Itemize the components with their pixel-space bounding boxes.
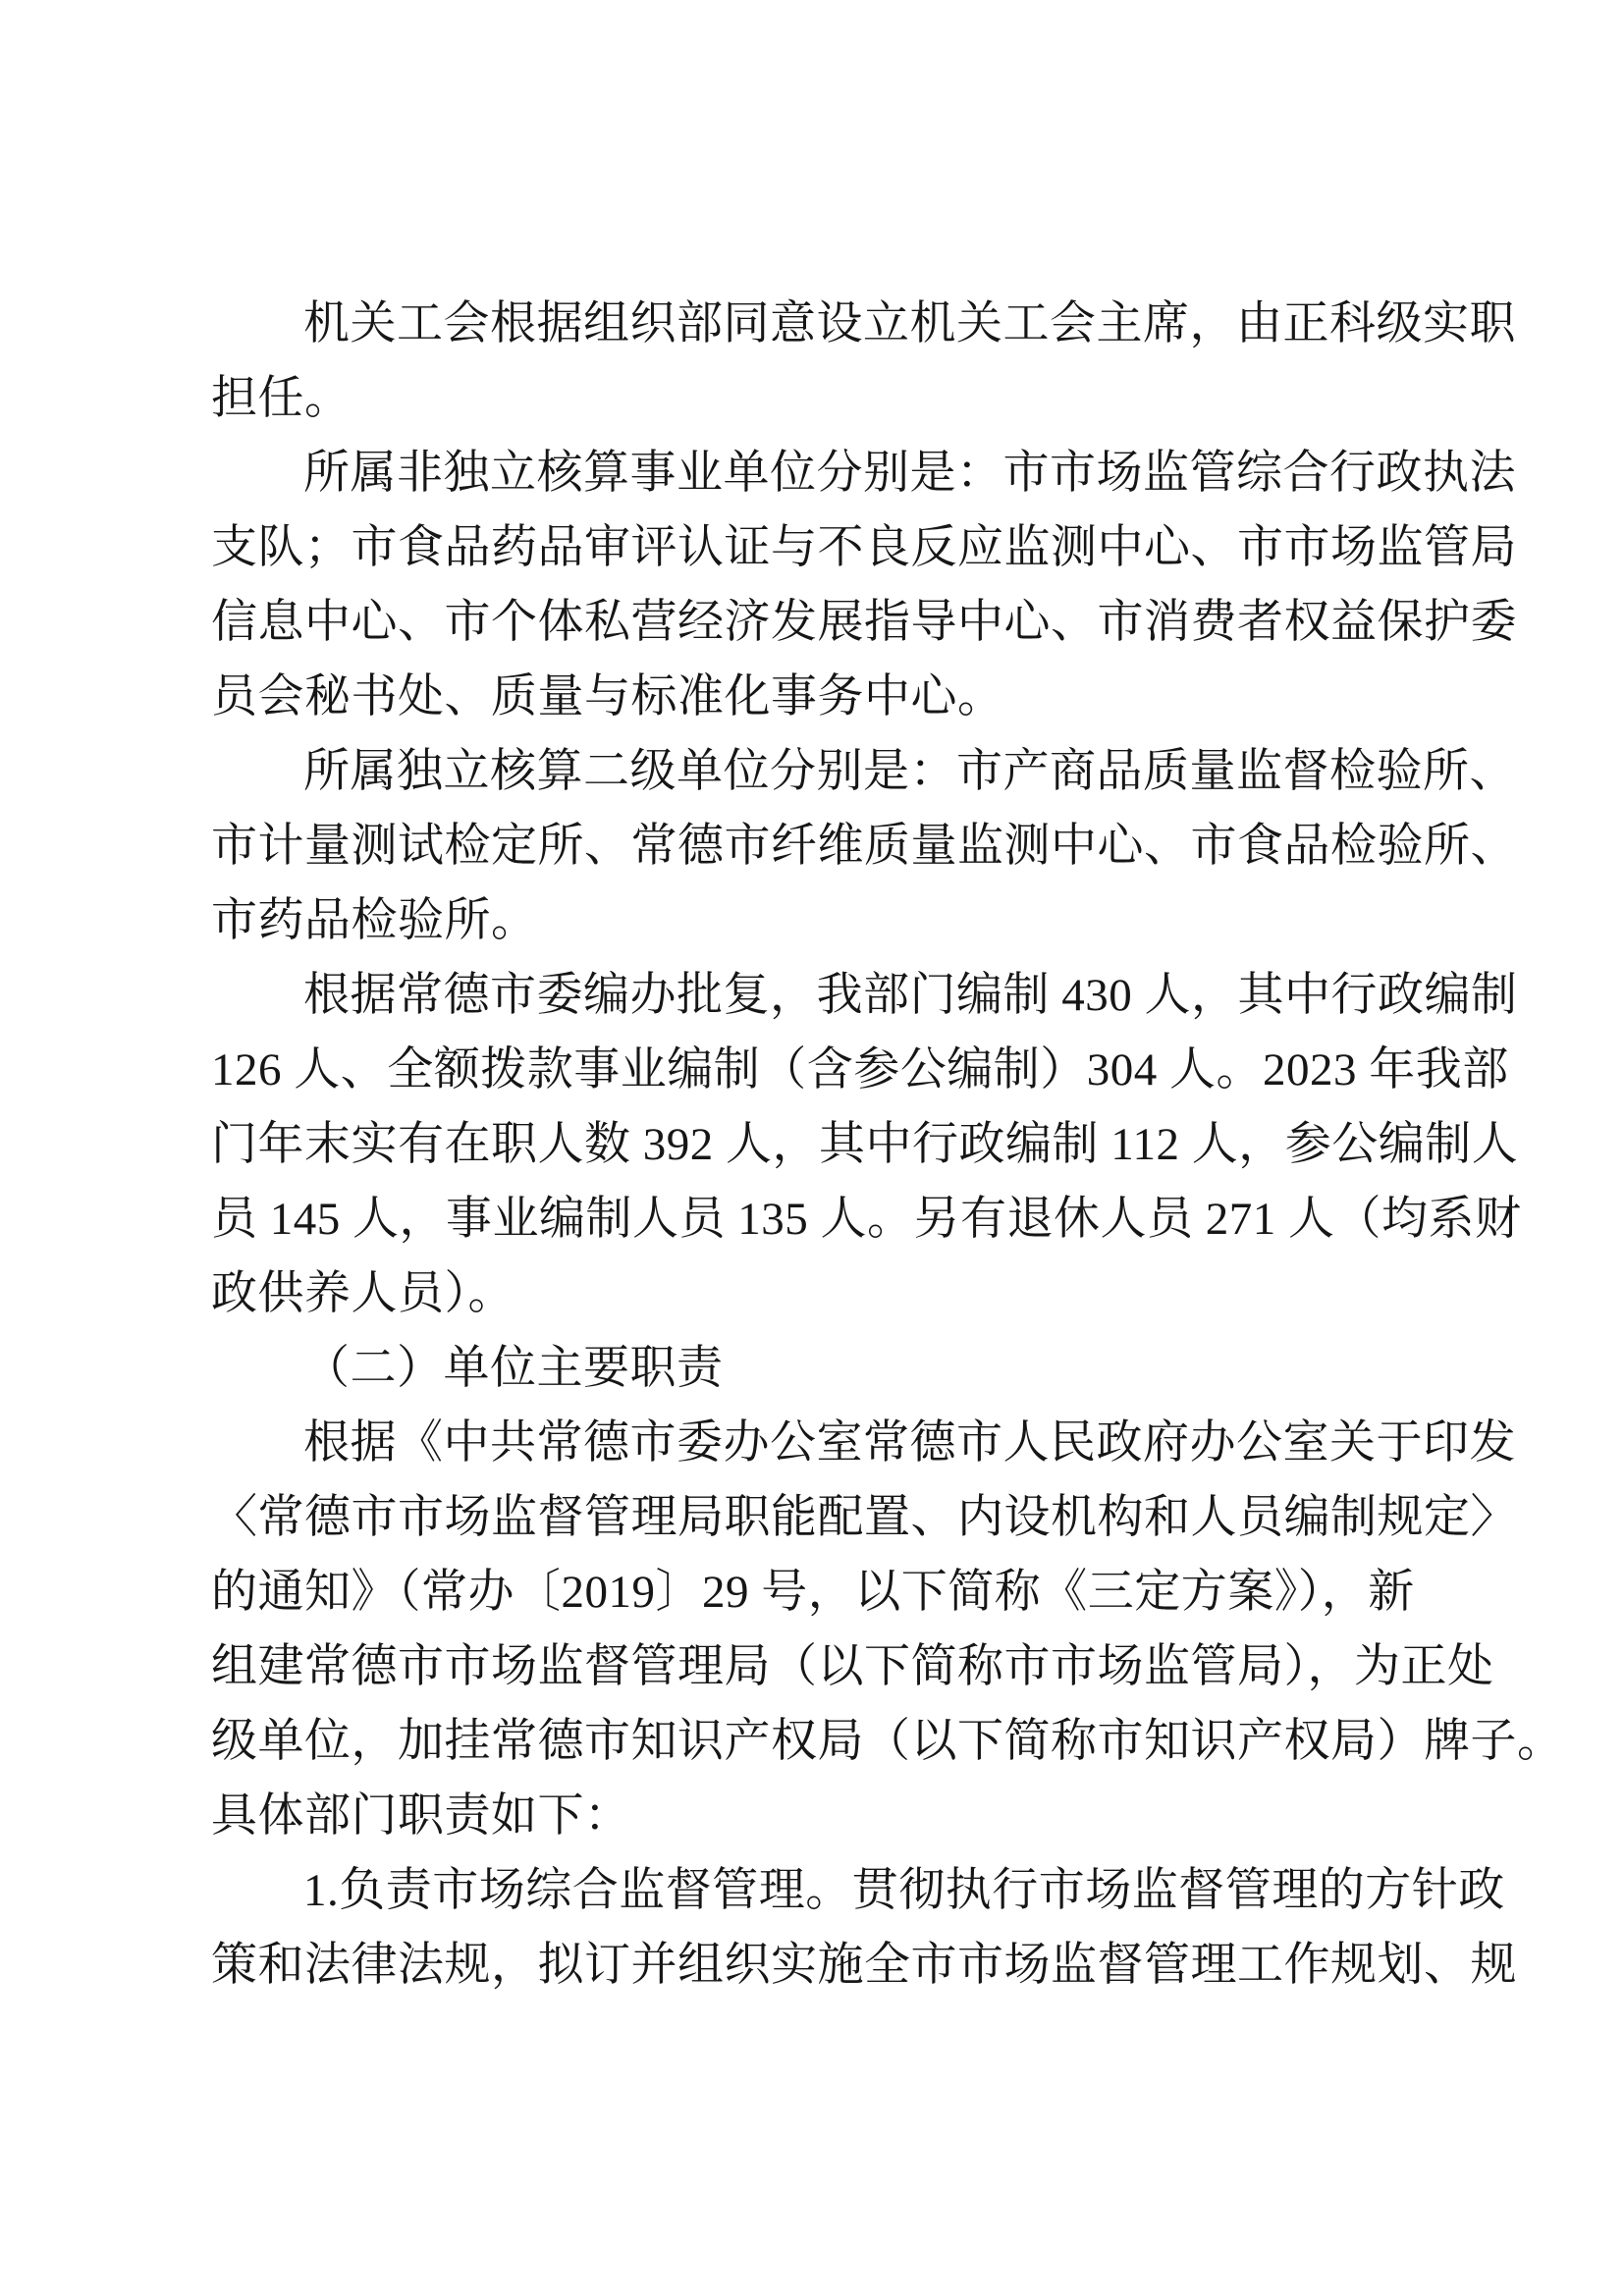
text-line: 的通知》（常办〔2019〕29 号，以下简称《三定方案》），新 bbox=[211, 1555, 1506, 1629]
text-line: 具体部门职责如下： bbox=[211, 1779, 1506, 1853]
text-line: 员会秘书处、质量与标准化事务中心。 bbox=[211, 660, 1506, 734]
text-line: 门年末实有在职人数 392 人，其中行政编制 112 人，参公编制人 bbox=[211, 1107, 1506, 1182]
text-line: 员 145 人，事业编制人员 135 人。另有退休人员 271 人（均系财 bbox=[211, 1182, 1506, 1256]
text-line: 所属非独立核算事业单位分别是：市市场监管综合行政执法 bbox=[211, 436, 1506, 510]
section-heading: （二）单位主要职责 bbox=[211, 1331, 1506, 1406]
text-line: 根据常德市委编办批复，我部门编制 430 人，其中行政编制 bbox=[211, 958, 1506, 1033]
text-line: 组建常德市市场监督管理局（以下简称市市场监管局），为正处 bbox=[211, 1629, 1506, 1704]
text-line: 政供养人员）。 bbox=[211, 1256, 1506, 1331]
text-line: 信息中心、市个体私营经济发展指导中心、市消费者权益保护委 bbox=[211, 585, 1506, 660]
text-line: 市计量测试检定所、常德市纤维质量监测中心、市食品检验所、 bbox=[211, 809, 1506, 883]
text-line: 根据《中共常德市委办公室常德市人民政府办公室关于印发 bbox=[211, 1406, 1506, 1480]
text-line: 〈常德市市场监督管理局职能配置、内设机构和人员编制规定〉 bbox=[211, 1480, 1506, 1555]
document-body: 机关工会根据组织部同意设立机关工会主席，由正科级实职担任。所属非独立核算事业单位… bbox=[211, 287, 1506, 2002]
text-line: 126 人、全额拨款事业编制（含参公编制）304 人。2023 年我部 bbox=[211, 1033, 1506, 1107]
text-line: 担任。 bbox=[211, 361, 1506, 436]
text-line: 1.负责市场综合监督管理。贯彻执行市场监督管理的方针政 bbox=[211, 1853, 1506, 1928]
document-page: 机关工会根据组织部同意设立机关工会主席，由正科级实职担任。所属非独立核算事业单位… bbox=[0, 0, 1624, 2296]
text-line: 市药品检验所。 bbox=[211, 883, 1506, 958]
text-line: 策和法律法规，拟订并组织实施全市市场监督管理工作规划、规 bbox=[211, 1928, 1506, 2002]
text-line: 所属独立核算二级单位分别是：市产商品质量监督检验所、 bbox=[211, 734, 1506, 809]
text-line: 支队；市食品药品审评认证与不良反应监测中心、市市场监管局 bbox=[211, 510, 1506, 585]
text-line: 机关工会根据组织部同意设立机关工会主席，由正科级实职 bbox=[211, 287, 1506, 361]
text-line: 级单位，加挂常德市知识产权局（以下简称市知识产权局）牌子。 bbox=[211, 1704, 1506, 1779]
